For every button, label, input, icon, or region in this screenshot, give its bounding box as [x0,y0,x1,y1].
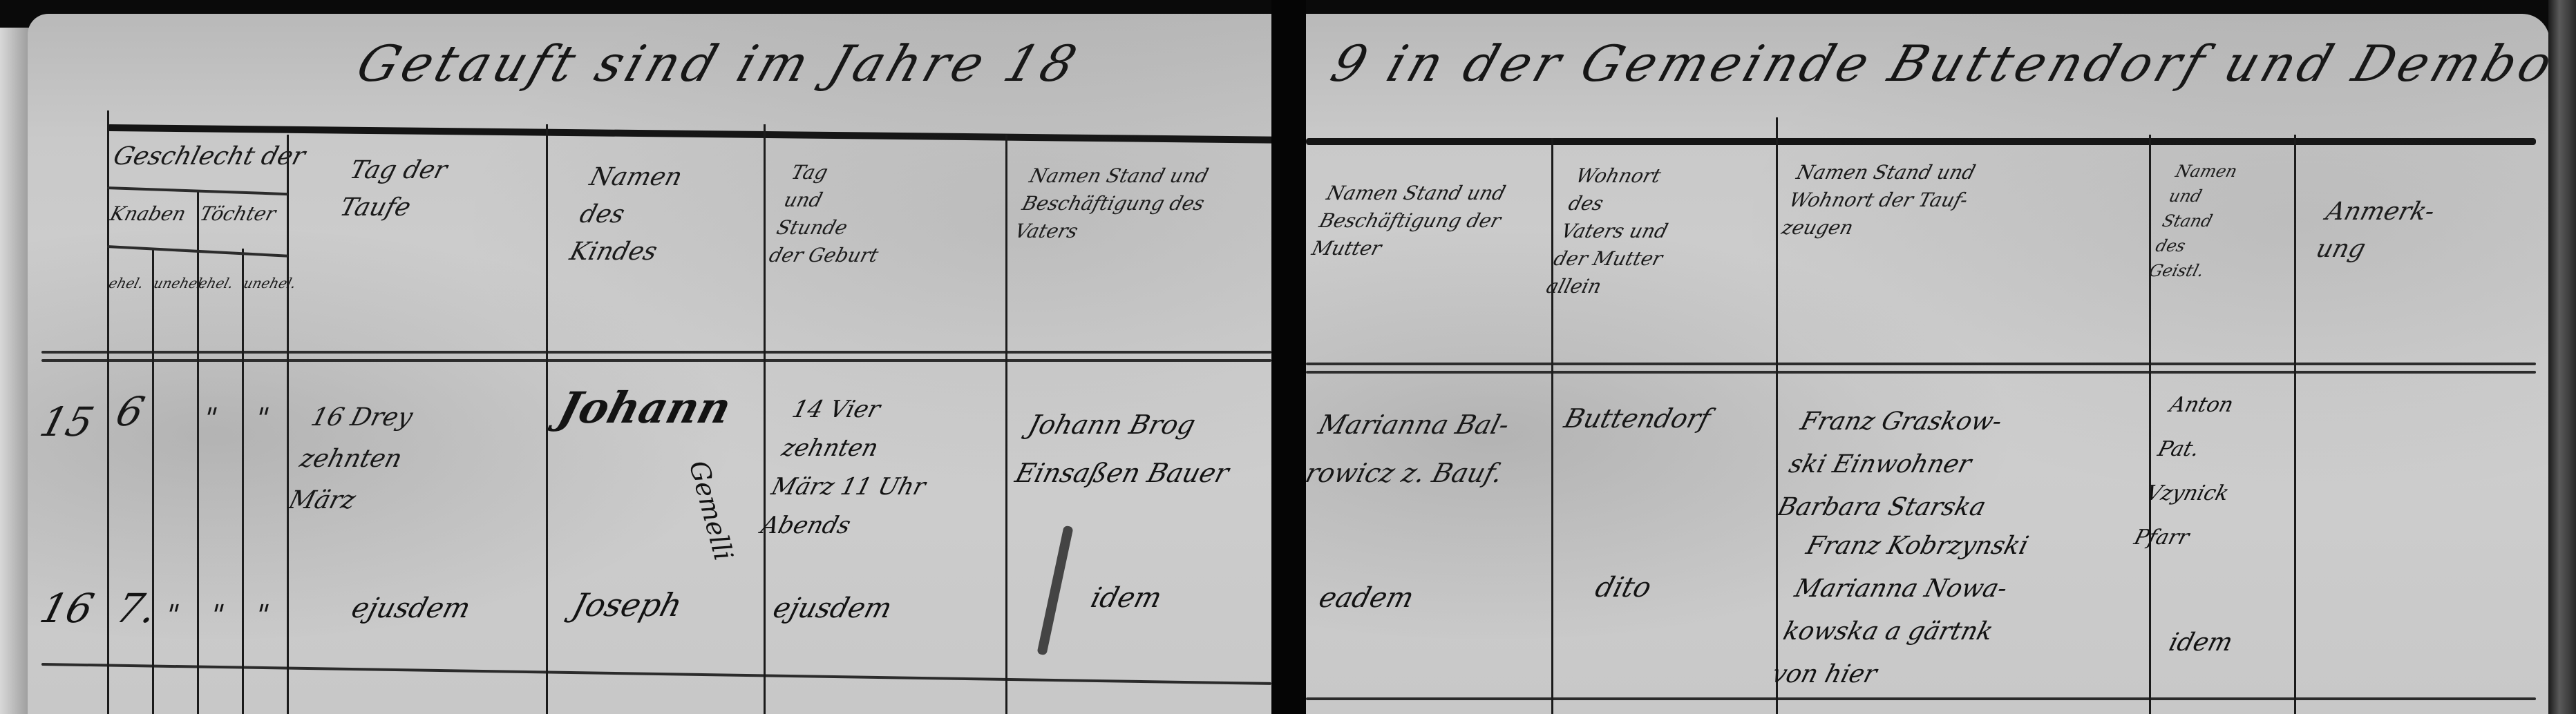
header-bottom-rule [1306,363,2536,365]
pencil-mark [1036,525,1073,656]
col-line [1551,138,1553,714]
right-page: 9 in der Gemeinde Buttendorf und Dembowa… [1306,14,2550,714]
entry-16-taufzeugen: Franz Kobrzynski Marianna Nowa- kowska a… [1767,525,2034,696]
header-tag-der-geburt: Tag und Stunde der Geburt [766,159,904,269]
entry-15-namen-note: Gemelli [677,456,745,566]
header-vater: Namen Stand und Beschäftigung des Vaters [1012,162,1215,245]
col-line [242,249,244,714]
header-toechter: Töchter [197,200,279,228]
header-wohnort: Wohnort des Vaters und der Mutter allein [1543,162,1688,300]
header-bottom-rule-2 [1306,371,2536,374]
entry-15-toechter-unehel: " [250,397,274,440]
header-geschlecht: Geschlecht der [109,138,310,175]
book-right-edge [2548,0,2576,714]
entry-15-wohnort: Buttendorf [1560,397,1716,440]
header-toechter-ehel: ehel. [196,269,237,297]
book-left-edge [0,28,30,714]
entry-16-geistlicher: idem [2164,621,2238,664]
header-anmerkung: Anmerk- ung [2312,193,2439,268]
header-knaben: Knaben [107,200,189,228]
header-bottom-rule-2 [41,359,1271,362]
header-tag-der-taufe: Tag der Taufe [336,152,452,226]
entry-15-toechter-ehel: " [198,397,222,440]
row-separator [41,663,1271,685]
row-separator [1306,697,2536,700]
header-bottom-rule [41,351,1271,354]
entry-16-wohnort: dito [1591,566,1656,609]
entry-15-taufzeugen: Franz Graskow- ski Einwohner Barbara Sta… [1772,401,2014,529]
header-geistlicher: Namen und Stand des Geistl. [2146,159,2240,283]
entry-16-toechter-unehel: " [250,594,274,637]
entry-16-toechter-ehel: " [205,594,229,637]
entry-15-tag-taufe: 16 Drey zehnten März [284,397,418,521]
header-mutter: Namen Stand und Beschäftigung der Mutter [1309,180,1511,262]
entry-15-vater: Johann Brog Einsaßen Bauer [1010,401,1247,497]
entry-16-knaben-unehel: " [160,594,184,637]
col-line [2149,135,2151,714]
left-page: Getauft sind im Jahre 18 Geschlecht der … [28,14,1271,714]
entry-16-vater: idem [1086,577,1167,619]
header-toechter-unehel: unehel. [240,269,300,297]
header-knaben-ehel: ehel. [106,269,147,297]
header-taufzeugen: Namen Stand und Wohnort der Tauf- zeugen [1779,159,1978,242]
col-line [197,190,199,714]
col-line [764,124,766,714]
header-top-rule [1306,138,2536,145]
col-line [287,135,289,714]
entry-16-number: 16 [36,587,98,630]
book-spine [1271,0,1306,714]
entry-15-geistlicher: Anton Pat. Vzynick Pfarr [2129,383,2258,560]
header-namen-des-kindes: Namen des Kindes [565,159,686,271]
entry-15-knaben-ehel: 6 [112,390,149,433]
col-line [546,124,548,714]
entry-16-tag-taufe: ejusdem [347,587,475,630]
col-line [1005,135,1007,714]
col-line [152,249,154,714]
col-line [107,110,109,714]
entry-15-number: 15 [36,401,98,443]
entry-15-mutter: Marianna Bal- rowicz z. Bauf. [1306,401,1522,497]
col-line [2294,135,2296,714]
entry-15-namen: Johann [554,387,736,430]
page-title-left: Getauft sind im Jahre 18 [350,35,1087,93]
col-line [1776,117,1778,714]
page-title-right: 9 in der Gemeinde Buttendorf und Dembowa [1324,35,2550,93]
entry-16-namen: Joseph [568,583,688,626]
entry-16-mutter: eadem [1314,577,1419,619]
entry-16-tag-geburt: ejusdem [768,587,897,630]
entry-15-tag-geburt: 14 Vier zehnten März 11 Uhr Abends [757,390,951,545]
